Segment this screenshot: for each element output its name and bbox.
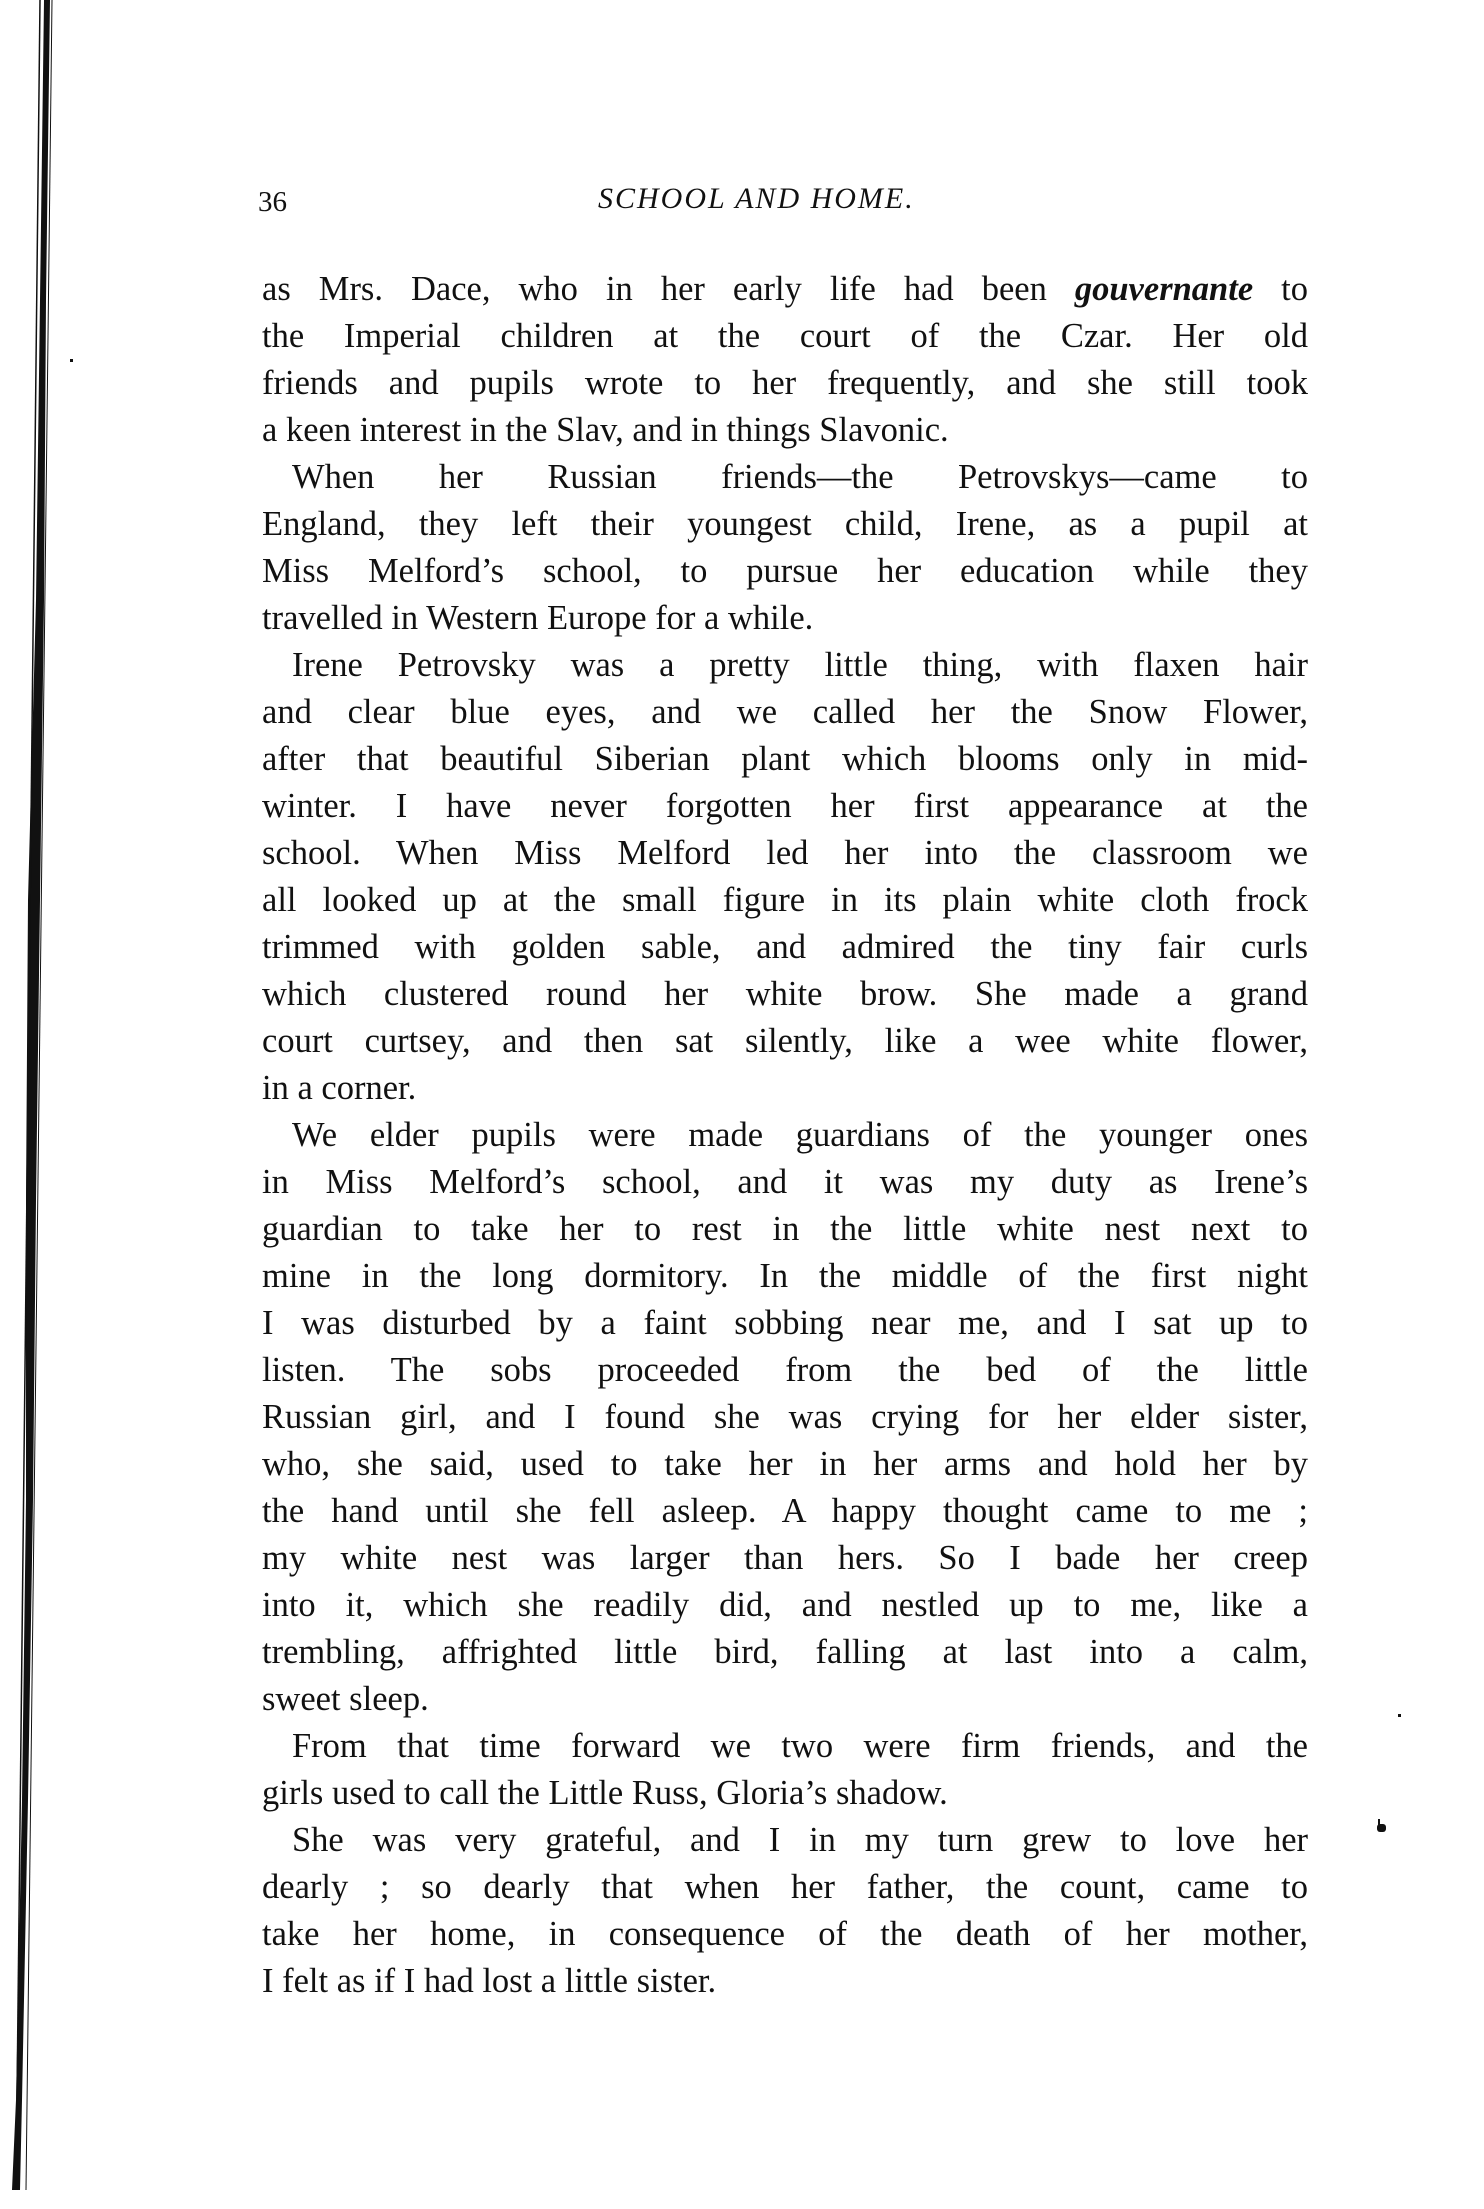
text-line: Irene Petrovsky was a pretty little thin… xyxy=(262,642,1308,689)
text-line: dearly ; so dearly that when her father,… xyxy=(262,1864,1308,1911)
text-line: Miss Melford’s school, to pursue her edu… xyxy=(262,548,1308,595)
scan-speck xyxy=(1377,1824,1386,1832)
page-number: 36 xyxy=(258,186,287,219)
text-line: into it, which she readily did, and nest… xyxy=(262,1582,1308,1629)
text-line: Russian girl, and I found she was crying… xyxy=(262,1394,1308,1441)
text-line: court curtsey, and then sat silently, li… xyxy=(262,1018,1308,1065)
paragraph: From that time forward we two were firm … xyxy=(262,1723,1308,1817)
paragraph: Irene Petrovsky was a pretty little thin… xyxy=(262,642,1308,1112)
paragraph: When her Russian friends—the Petrovskys—… xyxy=(262,454,1308,642)
page-edge-border xyxy=(0,0,70,2209)
text-line: friends and pupils wrote to her frequent… xyxy=(262,360,1308,407)
text-line: sweet sleep. xyxy=(262,1676,1308,1723)
text-line: I was disturbed by a faint sobbing near … xyxy=(262,1300,1308,1347)
paragraph: We elder pupils were made guardians of t… xyxy=(262,1112,1308,1723)
paragraph: She was very grateful, and I in my turn … xyxy=(262,1817,1308,2005)
running-title: SCHOOL AND HOME. xyxy=(598,182,915,216)
text-line: England, they left their youngest child,… xyxy=(262,501,1308,548)
text-line: trimmed with golden sable, and admired t… xyxy=(262,924,1308,971)
text-line: listen. The sobs proceeded from the bed … xyxy=(262,1347,1308,1394)
text-line: which clustered round her white brow. Sh… xyxy=(262,971,1308,1018)
scan-speck xyxy=(70,359,73,362)
text-line: winter. I have never forgotten her first… xyxy=(262,783,1308,830)
text-line: I felt as if I had lost a little sister. xyxy=(262,1958,1308,2005)
text-line: take her home, in consequence of the dea… xyxy=(262,1911,1308,1958)
text-line: the hand until she fell asleep. A happy … xyxy=(262,1488,1308,1535)
text-line: guardian to take her to rest in the litt… xyxy=(262,1206,1308,1253)
text-line: We elder pupils were made guardians of t… xyxy=(262,1112,1308,1159)
text-line: When her Russian friends—the Petrovskys—… xyxy=(262,454,1308,501)
text-line: all looked up at the small figure in its… xyxy=(262,877,1308,924)
scan-speck xyxy=(1398,1714,1401,1717)
text-line: in a corner. xyxy=(262,1065,1308,1112)
text-line: girls used to call the Little Russ, Glor… xyxy=(262,1770,1308,1817)
text-line: mine in the long dormitory. In the middl… xyxy=(262,1253,1308,1300)
text-line: after that beautiful Siberian plant whic… xyxy=(262,736,1308,783)
text-line: She was very grateful, and I in my turn … xyxy=(262,1817,1308,1864)
text-line: in Miss Melford’s school, and it was my … xyxy=(262,1159,1308,1206)
text-line: the Imperial children at the court of th… xyxy=(262,313,1308,360)
text-line: travelled in Western Europe for a while. xyxy=(262,595,1308,642)
scan-speck xyxy=(1378,1819,1380,1825)
running-head: 36 SCHOOL AND HOME. xyxy=(258,182,1308,222)
text-line: my white nest was larger than hers. So I… xyxy=(262,1535,1308,1582)
text-line: as Mrs. Dace, who in her early life had … xyxy=(262,266,1308,313)
emphasis: gouvernante xyxy=(1075,270,1253,308)
text-line: trembling, affrighted little bird, falli… xyxy=(262,1629,1308,1676)
text-line: and clear blue eyes, and we called her t… xyxy=(262,689,1308,736)
paragraph: as Mrs. Dace, who in her early life had … xyxy=(262,266,1308,454)
text-line: school. When Miss Melford led her into t… xyxy=(262,830,1308,877)
text-line: who, she said, used to take her in her a… xyxy=(262,1441,1308,1488)
text-line: From that time forward we two were firm … xyxy=(262,1723,1308,1770)
body-text: as Mrs. Dace, who in her early life had … xyxy=(262,266,1308,2005)
text-line: a keen interest in the Slav, and in thin… xyxy=(262,407,1308,454)
